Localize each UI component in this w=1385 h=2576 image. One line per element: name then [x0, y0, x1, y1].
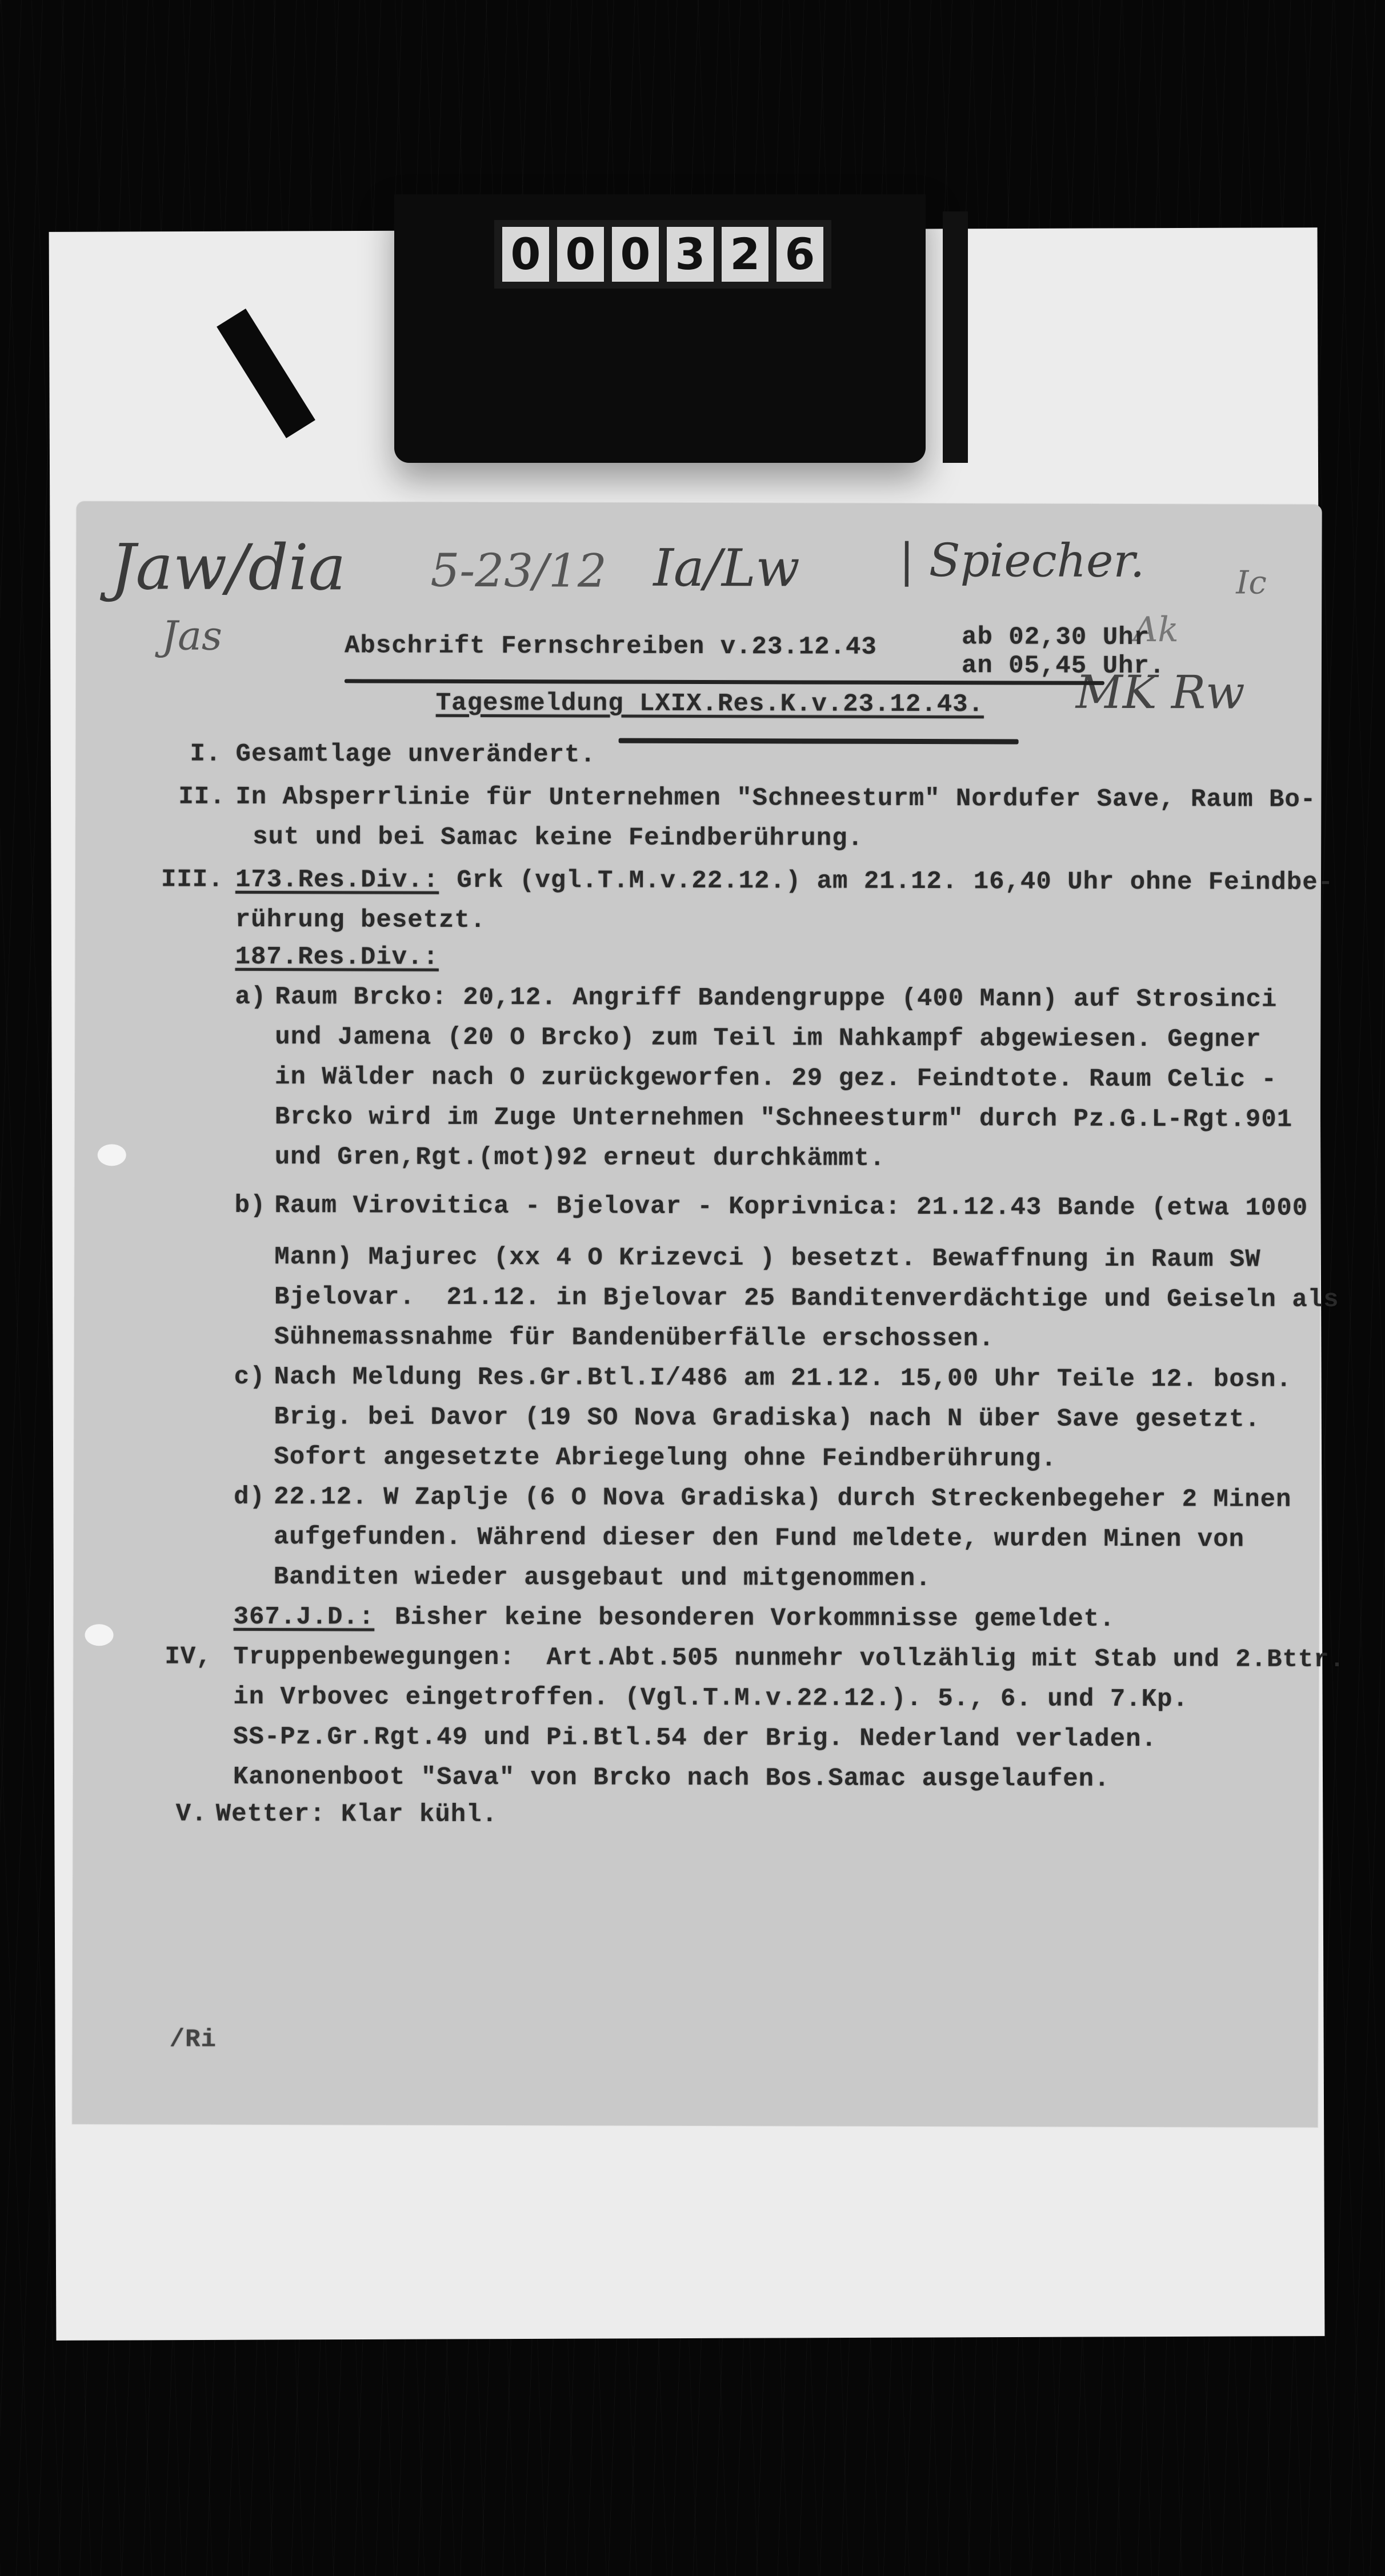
- item-c-line: Brig. bei Davor (19 SO Nova Gradiska) na…: [274, 1405, 1260, 1433]
- counter-digit: 0: [612, 227, 659, 282]
- item-marker: d): [234, 1485, 265, 1510]
- section-iv-line: SS-Pz.Gr.Rgt.49 und Pi.Btl.54 der Brig. …: [233, 1725, 1157, 1752]
- item-a-line: in Wälder nach O zurückgeworfen. 29 gez.…: [275, 1065, 1277, 1093]
- item-d-line: aufgefunden. Während dieser den Fund mel…: [274, 1525, 1244, 1552]
- section-iv-line: in Vrbovec eingetroffen. (Vgl.T.M.v.22.1…: [233, 1685, 1188, 1712]
- section-v-text: Wetter: Klar kühl.: [216, 1802, 498, 1827]
- time-received: an 05,45 Uhr.: [962, 653, 1165, 679]
- section-ii-line: In Absperrlinie für Unternehmen "Schnees…: [235, 785, 1316, 813]
- frame-counter: 0 0 0 3 2 6: [494, 220, 831, 289]
- item-a-line: und Jamena (20 O Brcko) zum Teil im Nahk…: [275, 1025, 1262, 1053]
- item-b-line: Mann) Majurec (xx 4 O Krizevci ) besetzt…: [274, 1245, 1261, 1273]
- division-173-text: Grk (vgl.T.M.v.22.12.) am 21.12. 16,40 U…: [441, 868, 1334, 895]
- time-sent: ab 02,30 Uhr: [962, 625, 1150, 650]
- item-b-line: Bjelovar. 21.12. in Bjelovar 25 Banditen…: [274, 1285, 1339, 1313]
- counter-digit: 3: [667, 227, 714, 282]
- item-d-line: Banditen wieder ausgebaut und mitgenomme…: [274, 1565, 931, 1591]
- item-c-line: Nach Meldung Res.Gr.Btl.I/486 am 21.12. …: [274, 1365, 1292, 1393]
- section-iv-line: Truppenbewegungen: Art.Abt.505 nunmehr v…: [233, 1645, 1345, 1673]
- item-c-line: Sofort angesetzte Abriegelung ohne Feind…: [274, 1445, 1056, 1472]
- item-a-line: Brcko wird im Zuge Unternehmen "Schneest…: [275, 1105, 1292, 1133]
- division-173-text: rührung besetzt.: [235, 907, 486, 933]
- item-a-line: Raum Brcko: 20,12. Angriff Bandengruppe …: [275, 985, 1277, 1013]
- handwritten-filing-note: | Spiecher.: [899, 538, 1144, 584]
- pencil-underline: [619, 738, 1019, 745]
- handwritten-date: 5-23/12: [430, 548, 607, 594]
- item-marker: b): [234, 1193, 266, 1218]
- section-number: III.: [161, 867, 224, 893]
- counter-digit: 6: [776, 227, 823, 282]
- document-subtitle: Tagesmeldung LXIX.Res.K.v.23.12.43.: [436, 691, 984, 718]
- handwritten-suffix: Ic: [1236, 567, 1267, 599]
- section-i-text: Gesamtlage unverändert.: [236, 742, 596, 768]
- punch-hole: [98, 1144, 126, 1166]
- document-sheet: Jaw/dia Jas 5-23/12 Ia/Lw | Spiecher. Ic…: [72, 501, 1322, 2127]
- handwritten-name-below: Jas: [162, 616, 222, 656]
- section-number: II.: [178, 785, 225, 810]
- item-a-line: und Gren,Rgt.(mot)92 erneut durchkämmt.: [275, 1145, 886, 1171]
- punch-hole: [85, 1624, 113, 1646]
- division-367-text: Bisher keine besonderen Vorkommnisse gem…: [379, 1605, 1115, 1632]
- handwritten-department: Ia/Lw: [653, 543, 800, 595]
- counter-digit: 0: [557, 227, 604, 282]
- division-label-367: 367.J.D.:: [234, 1605, 375, 1630]
- item-b-line: Raum Virovitica - Bjelovar - Koprivnica:…: [274, 1193, 1308, 1221]
- division-label-173: 173.Res.Div.:: [235, 867, 439, 893]
- item-marker: a): [235, 985, 266, 1010]
- section-number: IV,: [165, 1645, 211, 1670]
- typist-initials: /Ri: [170, 2027, 217, 2053]
- item-marker: c): [234, 1365, 266, 1390]
- counter-digit: 0: [502, 227, 549, 282]
- section-iv-line: Kanonenboot "Sava" von Brcko nach Bos.Sa…: [233, 1765, 1110, 1792]
- section-number: V.: [176, 1802, 207, 1827]
- section-ii-line: sut und bei Samac keine Feindberührung.: [253, 825, 863, 851]
- counter-digit: 2: [722, 227, 768, 282]
- item-d-line: 22.12. W Zaplje (6 O Nova Gradiska) durc…: [274, 1485, 1291, 1513]
- handwritten-name: Jaw/dia: [110, 535, 346, 599]
- document-title: Abschrift Fernschreiben v.23.12.43: [345, 633, 877, 659]
- item-b-line: Sühnemassnahme für Bandenüberfälle ersch…: [274, 1325, 995, 1351]
- division-label-187: 187.Res.Div.:: [235, 945, 439, 970]
- section-number: I.: [190, 742, 222, 767]
- counter-rail: [943, 211, 968, 463]
